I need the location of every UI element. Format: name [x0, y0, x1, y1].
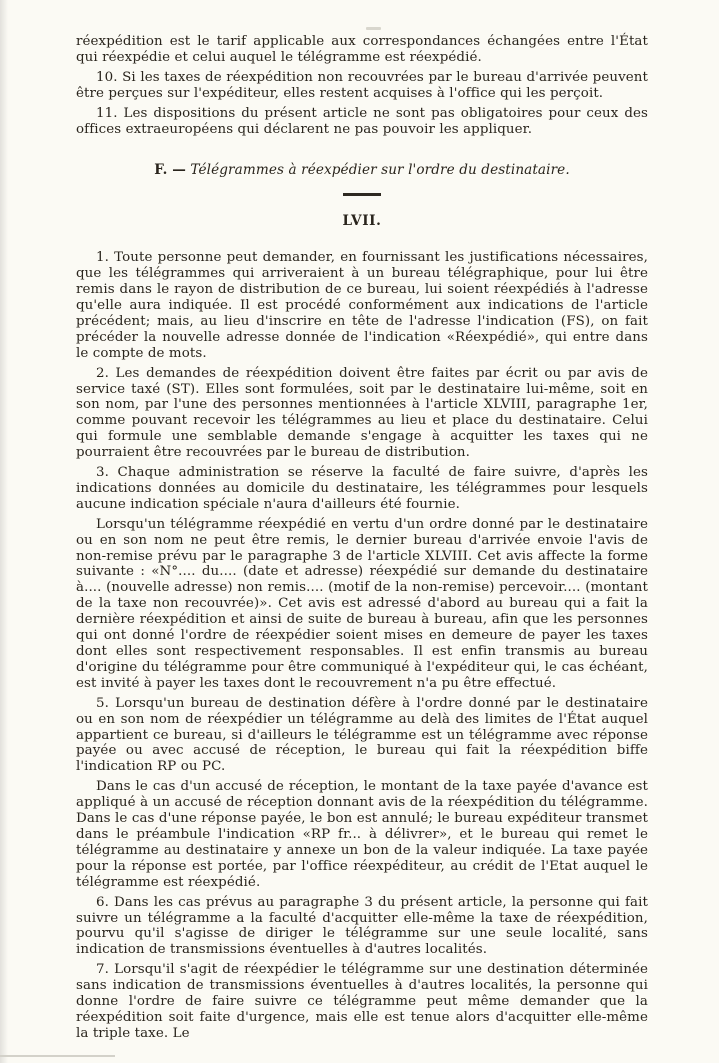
- paragraph: 6. Dans les cas prévus au paragraphe 3 d…: [76, 895, 648, 959]
- paragraph: 11. Les dispositions du présent article …: [76, 106, 648, 138]
- paragraph: 7. Lorsqu'il s'agit de réexpédier le tél…: [76, 962, 648, 1042]
- paragraph: Lorsqu'un télégramme réexpédié en vertu …: [76, 517, 648, 692]
- paragraph: réexpédition est le tarif applicable aux…: [76, 34, 648, 66]
- article-number: LVII.: [76, 214, 648, 230]
- paragraph: Dans le cas d'un accusé de réception, le…: [76, 779, 648, 890]
- paragraph: 2. Les demandes de réexpédition doivent …: [76, 366, 648, 461]
- continuation-paragraphs: réexpédition est le tarif applicable aux…: [76, 34, 648, 137]
- paragraph: 5. Lorsqu'un bureau de destination défèr…: [76, 696, 648, 776]
- scan-smudge-mark: [366, 27, 381, 30]
- paragraph: 3. Chaque administration se réserve la f…: [76, 465, 648, 513]
- separator-rule: [343, 193, 381, 196]
- scan-bottom-artifact: [0, 1055, 115, 1057]
- scan-edge-artifact: [0, 0, 8, 1063]
- paragraph: 1. Toute personne peut demander, en four…: [76, 250, 648, 361]
- text-column: réexpédition est le tarif applicable aux…: [76, 34, 648, 1046]
- article-body: 1. Toute personne peut demander, en four…: [76, 250, 648, 1042]
- section-letter: F. —: [154, 162, 186, 178]
- scanned-document-page: réexpédition est le tarif applicable aux…: [0, 0, 719, 1063]
- section-title: Télégrammes à réexpédier sur l'ordre du …: [186, 162, 570, 178]
- section-heading: F. — Télégrammes à réexpédier sur l'ordr…: [76, 163, 648, 179]
- paragraph: 10. Si les taxes de réexpédition non rec…: [76, 70, 648, 102]
